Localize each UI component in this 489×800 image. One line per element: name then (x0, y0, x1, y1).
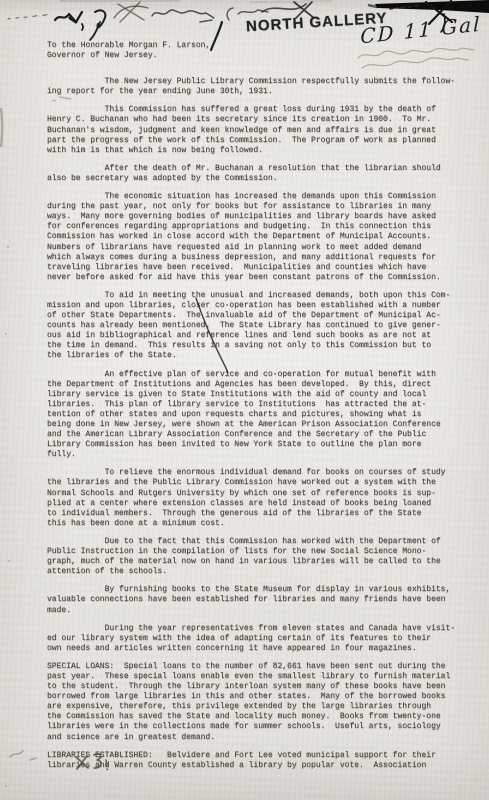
document-page: To the Honorable Morgan F. Larson, Gover… (0, 0, 489, 800)
letter-paragraph: Due to the fact that this Commission has… (47, 537, 477, 577)
letter-salutation: To the Honorable Morgan F. Larson, Gover… (47, 41, 477, 61)
letter-paragraph: By furnishing books to the State Museum … (47, 585, 477, 615)
letter-paragraph: To aid in meeting the unusual and increa… (47, 291, 477, 362)
letter-paragraph: LIBRARIES ESTABLISHED: Belvidere and For… (47, 751, 477, 771)
letter-paragraph: The New Jersey Public Library Commission… (47, 77, 477, 97)
letter-paragraph: This Commission has suffered a great los… (47, 105, 477, 155)
letter-paragraph: To relieve the enormous individual deman… (47, 468, 477, 529)
letter-paragraph: During the year representatives from ele… (47, 624, 477, 654)
letter-body: To the Honorable Morgan F. Larson, Gover… (47, 41, 477, 779)
letter-paragraph: The economic situation has increased the… (47, 192, 477, 283)
letter-paragraph: SPECIAL LOANS: Special loans to the numb… (47, 662, 477, 743)
letter-paragraph: After the death of Mr. Buchanan a resolu… (47, 164, 477, 184)
letter-paragraph: An effective plan of service and co-oper… (47, 370, 477, 461)
